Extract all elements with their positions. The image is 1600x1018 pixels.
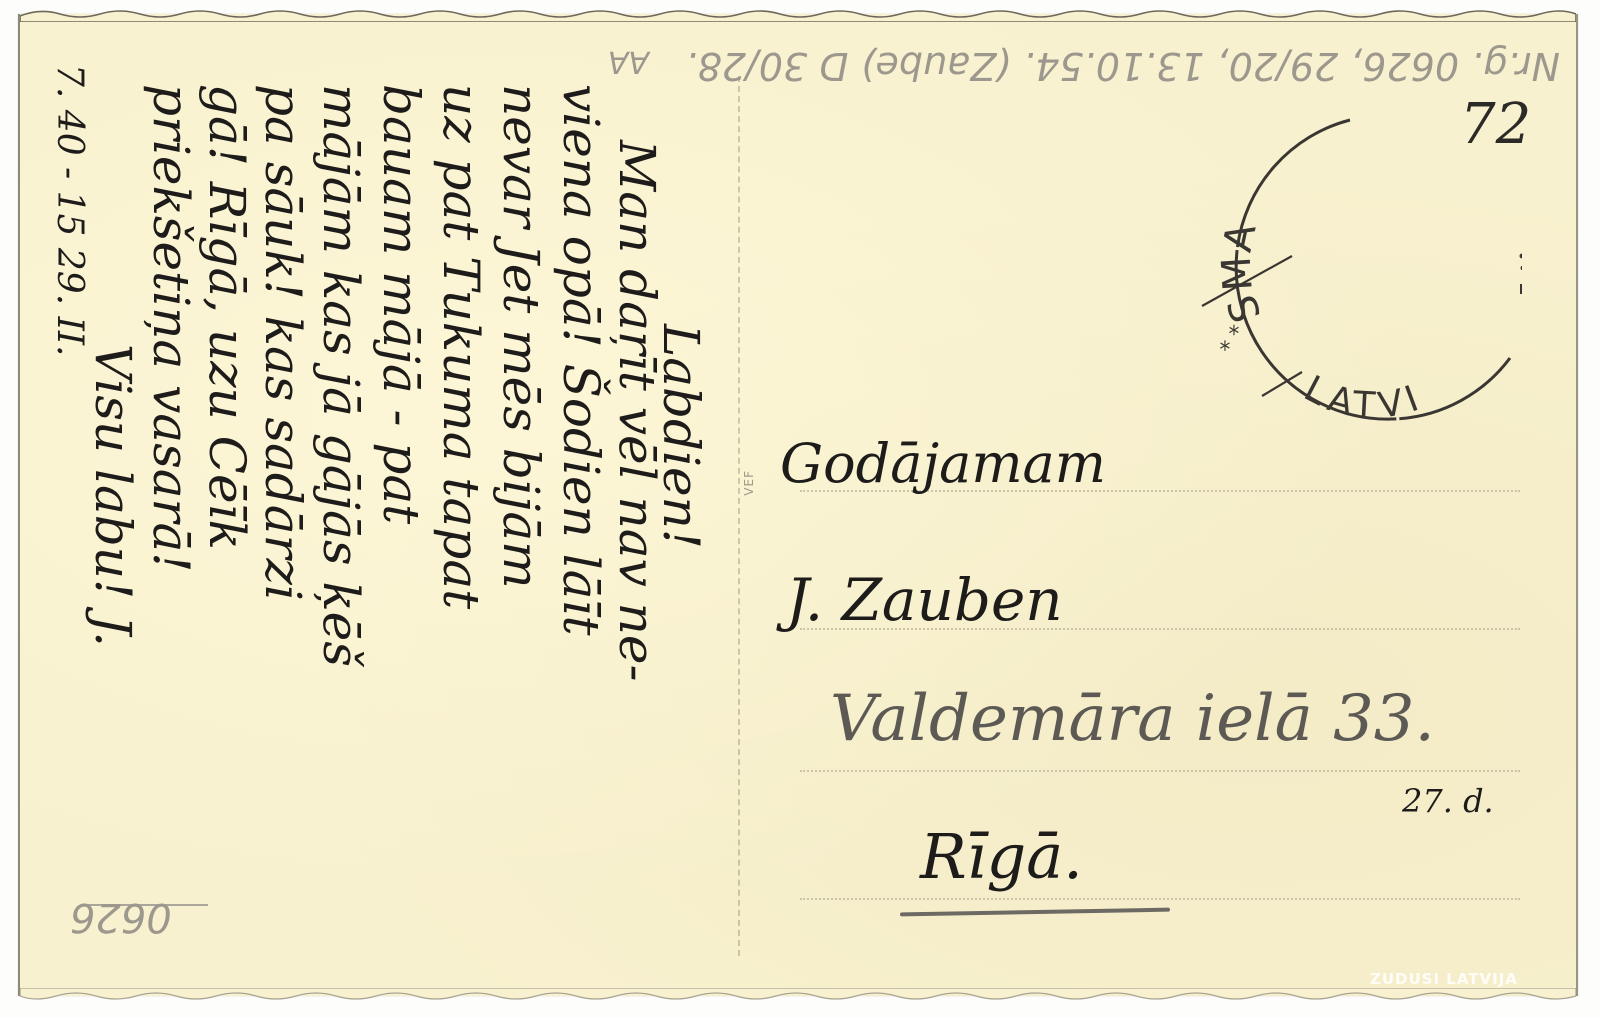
message-line: priekšetiņa vasarā! [142, 84, 200, 572]
watermark: ZUDUSI LATVIJA [1370, 970, 1518, 988]
message-line: bauam mājā - pat [372, 84, 430, 524]
message-date-note: 7. 40 - 15 29. II. [49, 64, 90, 356]
address-apartment: 27. d. [1402, 782, 1494, 820]
address-rule-3 [800, 770, 1520, 772]
pencil-catalog-number: 0626 [70, 894, 172, 940]
archive-pencil-note: Nr.g. 0626, 29/20, 13.10.54. (Zaube) D 3… [740, 44, 1560, 88]
postcard: VEF Nr.g. 0626, 29/20, 13.10.54. (Zaube)… [18, 14, 1578, 996]
message-line: Man daŗīt vēl nav ne- [608, 140, 666, 681]
postmark-stamp: SMA LATVI * * [1192, 106, 1522, 436]
center-divider-line [738, 76, 740, 956]
scalloped-top-edge [20, 6, 1576, 22]
message-line: mājām kas jā gājās ķēš [312, 84, 370, 667]
publisher-mark: VEF [742, 470, 758, 496]
handwritten-message: Labdien! Man daŗīt vēl nav ne- viena opā… [50, 44, 720, 964]
message-signoff: Visu labu! J. [84, 344, 142, 647]
message-line: viena opā! Šodien lāīt [552, 84, 610, 636]
address-salutation: Godājamam [780, 432, 1106, 495]
svg-text:LATVI: LATVI [1297, 368, 1429, 427]
message-line: pa sāuk! kas sadārzi [254, 84, 312, 601]
scalloped-bottom-edge [20, 988, 1576, 1004]
address-city: Rīgā. [920, 820, 1083, 893]
message-line: nevar Jet mēs bijām [492, 84, 550, 589]
message-line: uz pat Tukuma tapat [432, 84, 490, 609]
city-underline [900, 908, 1170, 917]
message-line: gā! Rīgā, uzu Cēīk [198, 84, 256, 550]
postcard-scan: VEF Nr.g. 0626, 29/20, 13.10.54. (Zaube)… [0, 0, 1600, 1018]
postmark-stars: * * [1216, 321, 1252, 359]
address-rule-4 [800, 898, 1520, 900]
address-recipient-name: J. Zauben [786, 566, 1063, 634]
address-street: Valdemāra ielā 33. [830, 682, 1435, 756]
postmark-bottom-text: LATVI [1297, 368, 1429, 427]
pencil-mark-aa: AA [608, 44, 649, 79]
